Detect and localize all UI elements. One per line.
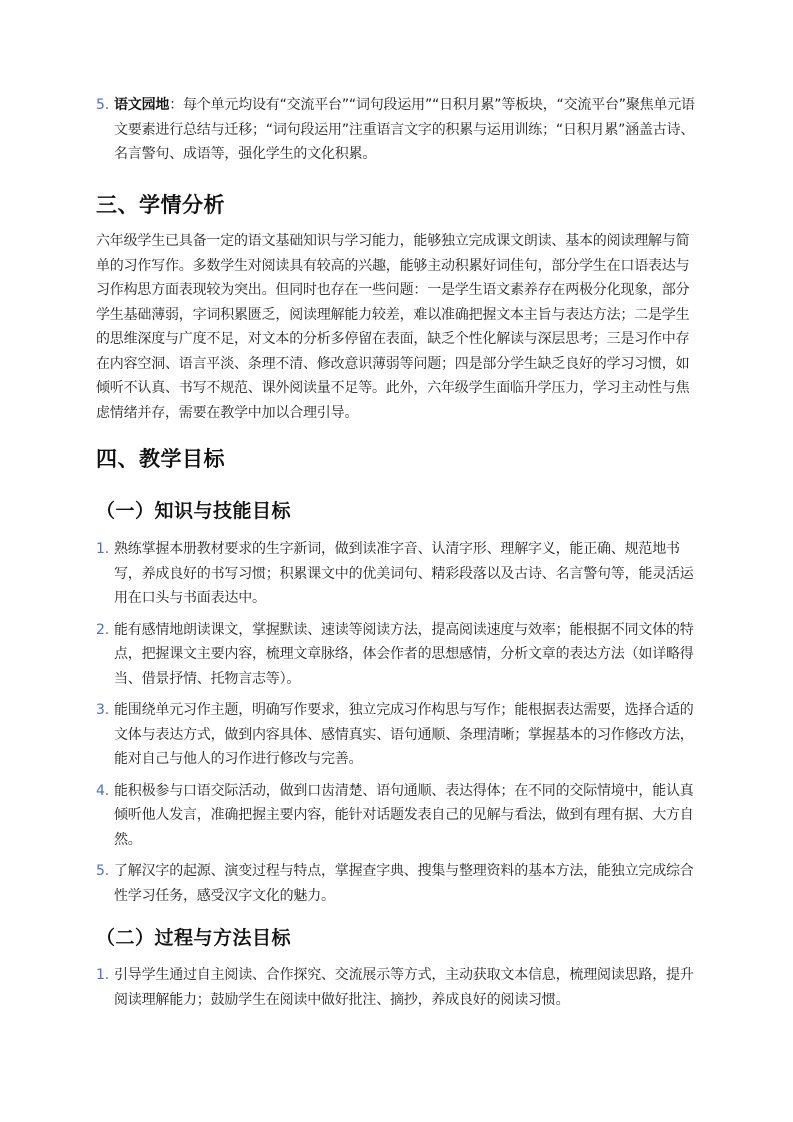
list-item-text: 熟练掌握本册教材要求的生字新词，做到读准字音、认清字形、理解字义，能正确、规范地… [114,541,694,606]
intro-list: 5. 语文园地：每个单元均设有“交流平台”“词句段运用”“日积月累”等板块，“交… [96,93,696,174]
list-item-text: 能围绕单元习作主题，明确写作要求，独立完成习作构思与写作；能根据表达需要，选择合… [114,702,694,767]
list-item: 3. 能围绕单元习作主题，明确写作要求，独立完成习作构思与写作；能根据表达需要，… [96,698,696,772]
list-number: 1. [96,537,109,562]
list-item-text: 引导学生通过自主阅读、合作探究、交流展示等方式，主动获取文本信息，梳理阅读思路，… [114,967,694,1008]
list-item: 4. 能积极参与口语交际活动，做到口齿清楚、语句通顺、表达得体；在不同的交际情境… [96,779,696,853]
list-number: 1. [96,963,109,988]
knowledge-skills-list: 1. 熟练掌握本册教材要求的生字新词，做到读准字音、认清字形、理解字义，能正确、… [96,537,696,915]
process-methods-list: 1. 引导学生通过自主阅读、合作探究、交流展示等方式，主动获取文本信息，梳理阅读… [96,963,696,1019]
list-item-text: ：每个单元均设有“交流平台”“词句段运用”“日积月累”等板块，“交流平台”聚焦单… [114,97,695,162]
list-item: 2. 能有感情地朗读课文，掌握默读、速读等阅读方法，提高阅读速度与效率；能根据不… [96,618,696,692]
list-item-term: 语文园地 [114,97,169,113]
list-number: 2. [96,618,109,643]
learner-analysis-paragraph: 六年级学生已具备一定的语文基础知识与学习能力，能够独立完成课文朗读、基本的阅读理… [96,229,696,425]
list-item: 5. 语文园地：每个单元均设有“交流平台”“词句段运用”“日积月累”等板块，“交… [96,93,696,167]
list-number: 4. [96,779,109,804]
list-item-text: 了解汉字的起源、演变过程与特点，掌握查字典、搜集与整理资料的基本方法，能独立完成… [114,863,694,904]
subsection-heading-process-methods: （二）过程与方法目标 [96,924,291,952]
list-number: 3. [96,698,109,723]
section-heading-learner-analysis: 三、学情分析 [96,190,225,220]
list-number: 5. [96,859,109,884]
subsection-heading-knowledge-skills: （一）知识与技能目标 [96,497,291,525]
list-item: 1. 引导学生通过自主阅读、合作探究、交流展示等方式，主动获取文本信息，梳理阅读… [96,963,696,1012]
list-item-text: 能有感情地朗读课文，掌握默读、速读等阅读方法，提高阅读速度与效率；能根据不同文体… [114,622,694,687]
list-number: 5. [96,93,109,118]
list-item-text: 能积极参与口语交际活动，做到口齿清楚、语句通顺、表达得体；在不同的交际情境中，能… [114,783,694,848]
section-heading-teaching-goals: 四、教学目标 [96,444,225,474]
list-item: 1. 熟练掌握本册教材要求的生字新词，做到读准字音、认清字形、理解字义，能正确、… [96,537,696,611]
list-item: 5. 了解汉字的起源、演变过程与特点，掌握查字典、搜集与整理资料的基本方法，能独… [96,859,696,908]
